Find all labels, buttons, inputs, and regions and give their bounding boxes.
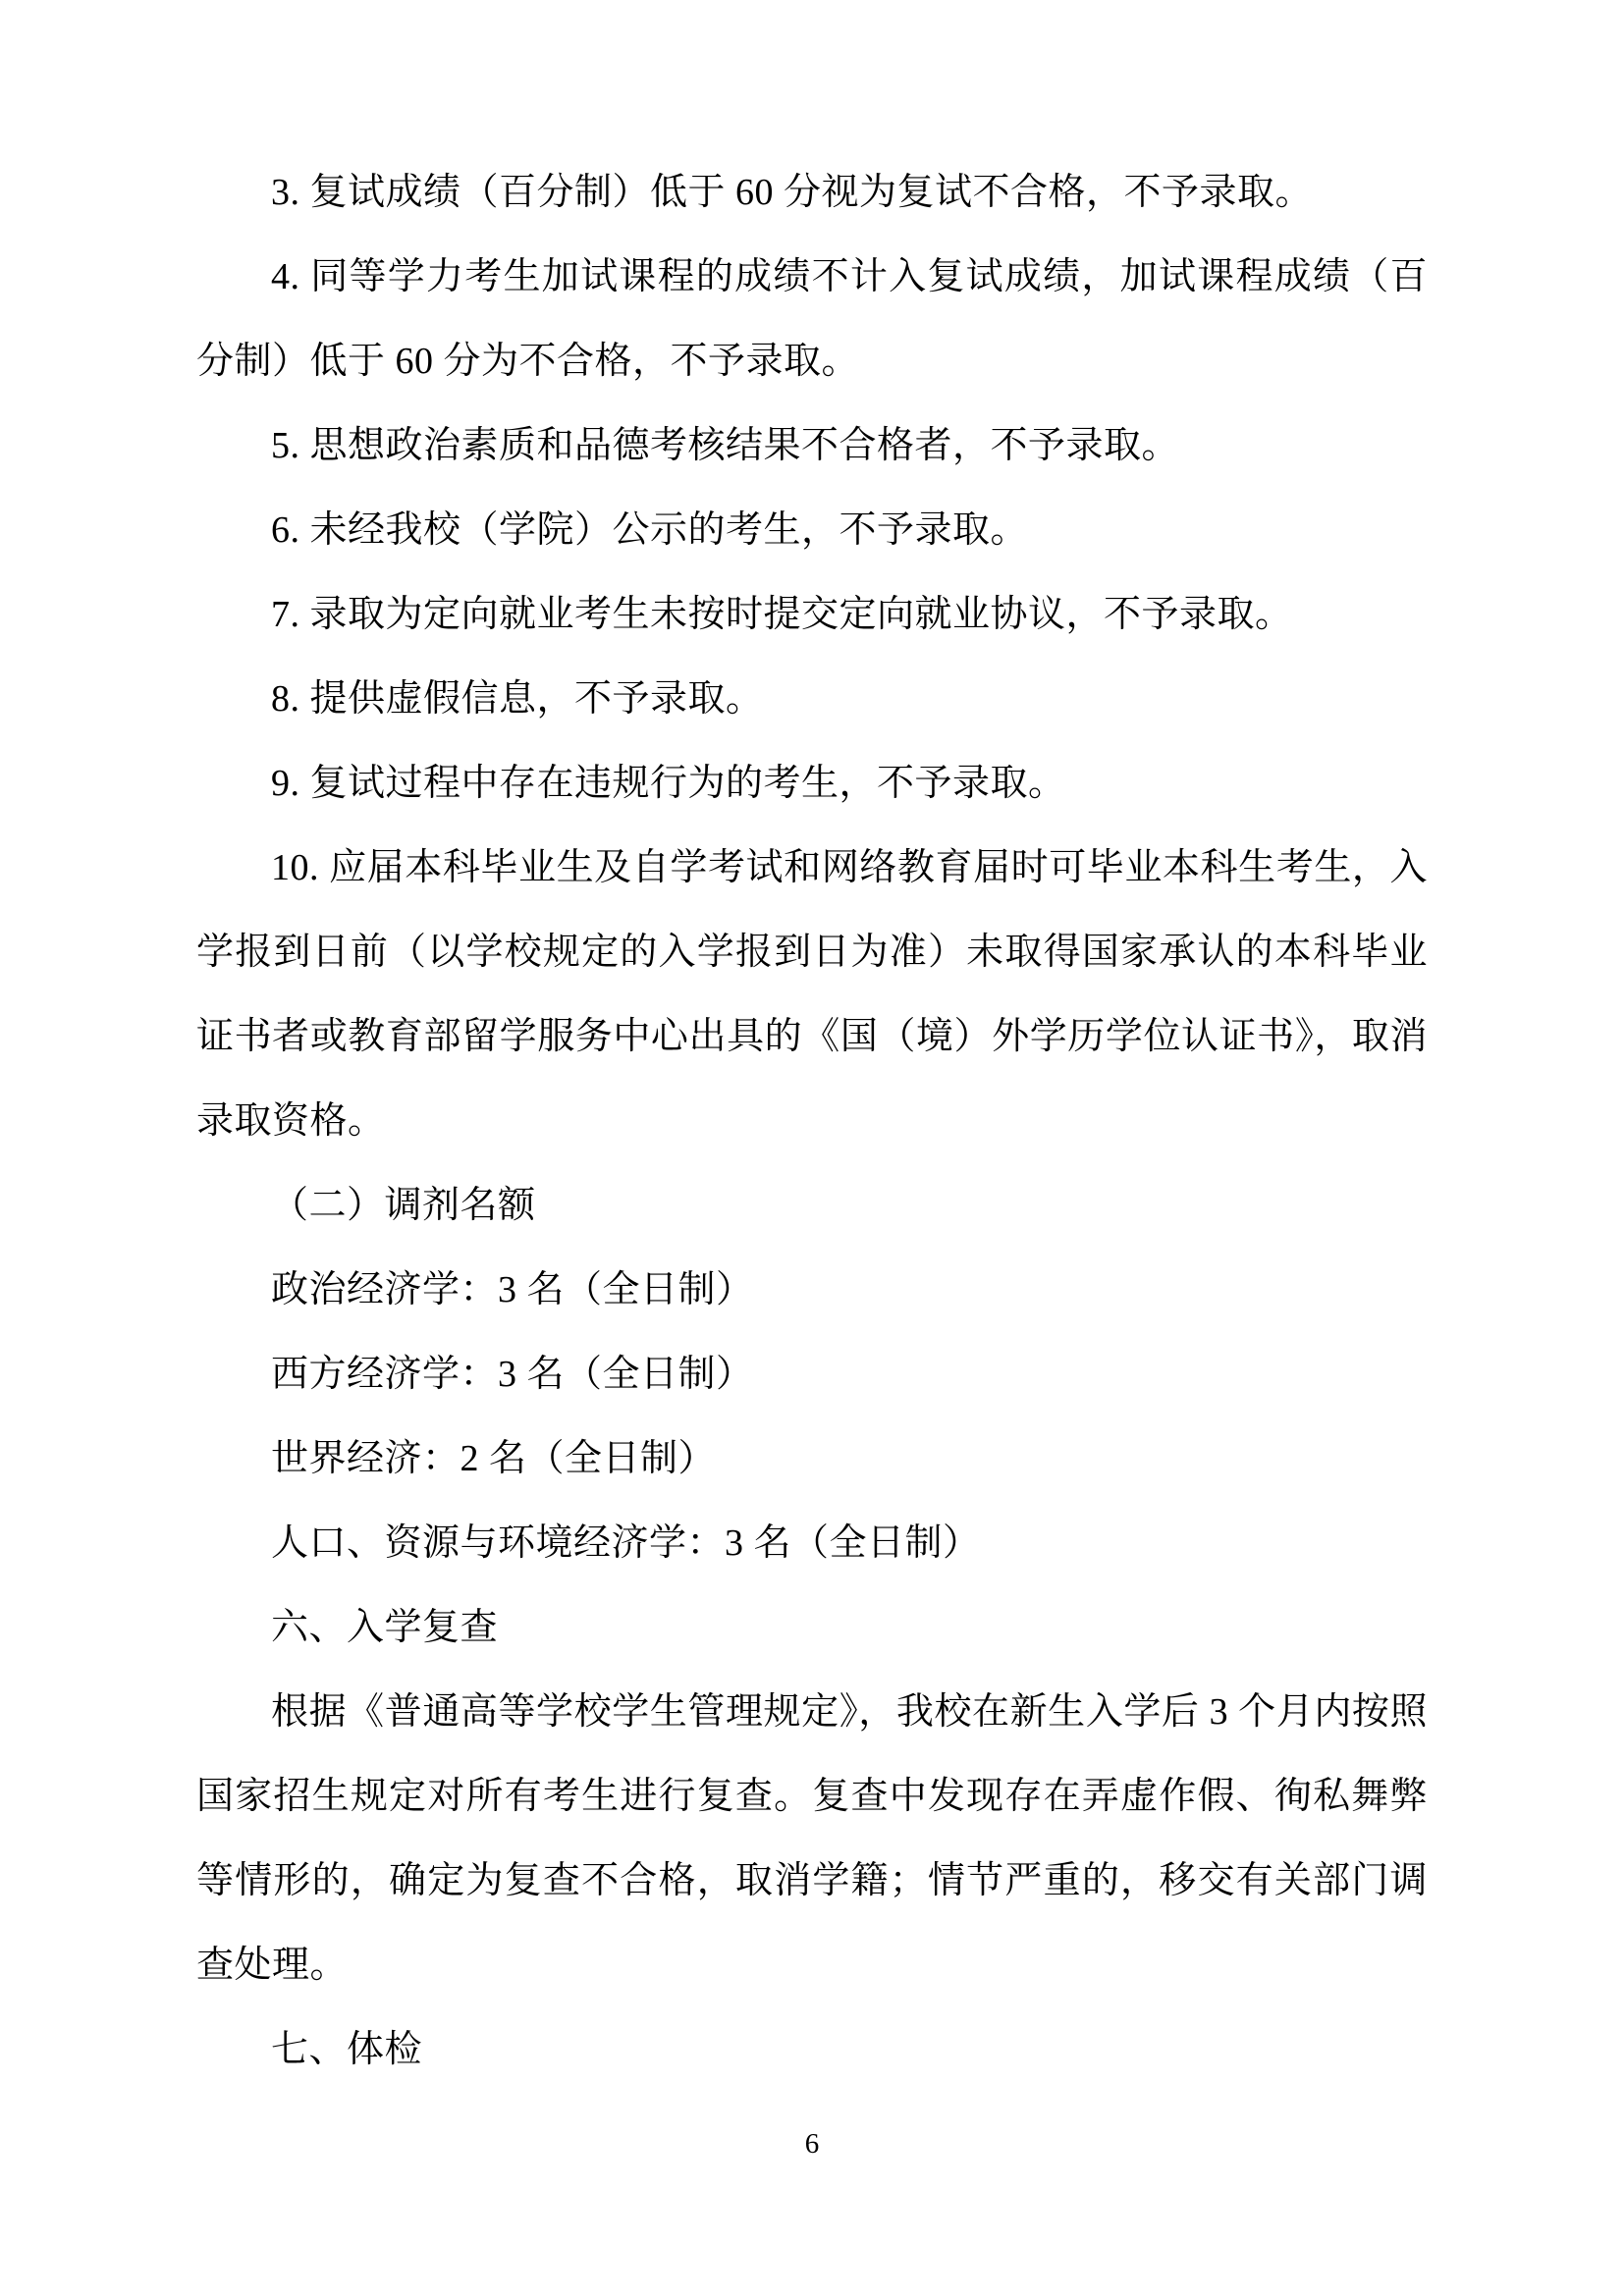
text-line-item6: 6. 未经我校（学院）公示的考生，不予录取。 (196, 488, 1428, 572)
document-body: 3. 复试成绩（百分制）低于 60 分视为复试不合格，不予录取。 4. 同等学力… (196, 150, 1428, 2092)
text-line-item4-2: 分制）低于 60 分为不合格，不予录取。 (196, 319, 1428, 403)
text-line-recheck-4: 查处理。 (196, 1923, 1428, 2007)
text-line-recheck-2: 国家招生规定对所有考生进行复查。复查中发现存在弄虚作假、徇私舞弊 (196, 1754, 1428, 1839)
document-page: 3. 复试成绩（百分制）低于 60 分视为复试不合格，不予录取。 4. 同等学力… (0, 0, 1624, 2296)
page-number: 6 (0, 2123, 1624, 2164)
heading-section-7-physical: 七、体检 (196, 2007, 1428, 2092)
quota-line-western-econ: 西方经济学：3 名（全日制） (196, 1332, 1428, 1416)
heading-section-6-recheck: 六、入学复查 (196, 1585, 1428, 1670)
text-line-item3: 3. 复试成绩（百分制）低于 60 分视为复试不合格，不予录取。 (196, 150, 1428, 235)
text-line-item9: 9. 复试过程中存在违规行为的考生，不予录取。 (196, 741, 1428, 826)
text-line-item10-4: 录取资格。 (196, 1079, 1428, 1163)
text-line-item7: 7. 录取为定向就业考生未按时提交定向就业协议，不予录取。 (196, 572, 1428, 657)
text-line-item10-2: 学报到日前（以学校规定的入学报到日为准）未取得国家承认的本科毕业 (196, 910, 1428, 994)
text-line-recheck-1: 根据《普通高等学校学生管理规定》，我校在新生入学后 3 个月内按照 (196, 1670, 1428, 1754)
quota-line-world-econ: 世界经济：2 名（全日制） (196, 1416, 1428, 1501)
text-line-item8: 8. 提供虚假信息，不予录取。 (196, 657, 1428, 741)
text-line-item10-1: 10. 应届本科毕业生及自学考试和网络教育届时可毕业本科生考生，入 (196, 826, 1428, 910)
text-line-recheck-3: 等情形的，确定为复查不合格，取消学籍；情节严重的，移交有关部门调 (196, 1839, 1428, 1923)
text-line-item5: 5. 思想政治素质和品德考核结果不合格者，不予录取。 (196, 403, 1428, 488)
quota-line-political-econ: 政治经济学：3 名（全日制） (196, 1248, 1428, 1332)
text-line-item4-1: 4. 同等学力考生加试课程的成绩不计入复试成绩，加试课程成绩（百 (196, 235, 1428, 319)
text-line-item10-3: 证书者或教育部留学服务中心出具的《国（境）外学历学位认证书》，取消 (196, 994, 1428, 1079)
heading-section-2-quota: （二）调剂名额 (196, 1163, 1428, 1248)
quota-line-population-econ: 人口、资源与环境经济学：3 名（全日制） (196, 1501, 1428, 1585)
